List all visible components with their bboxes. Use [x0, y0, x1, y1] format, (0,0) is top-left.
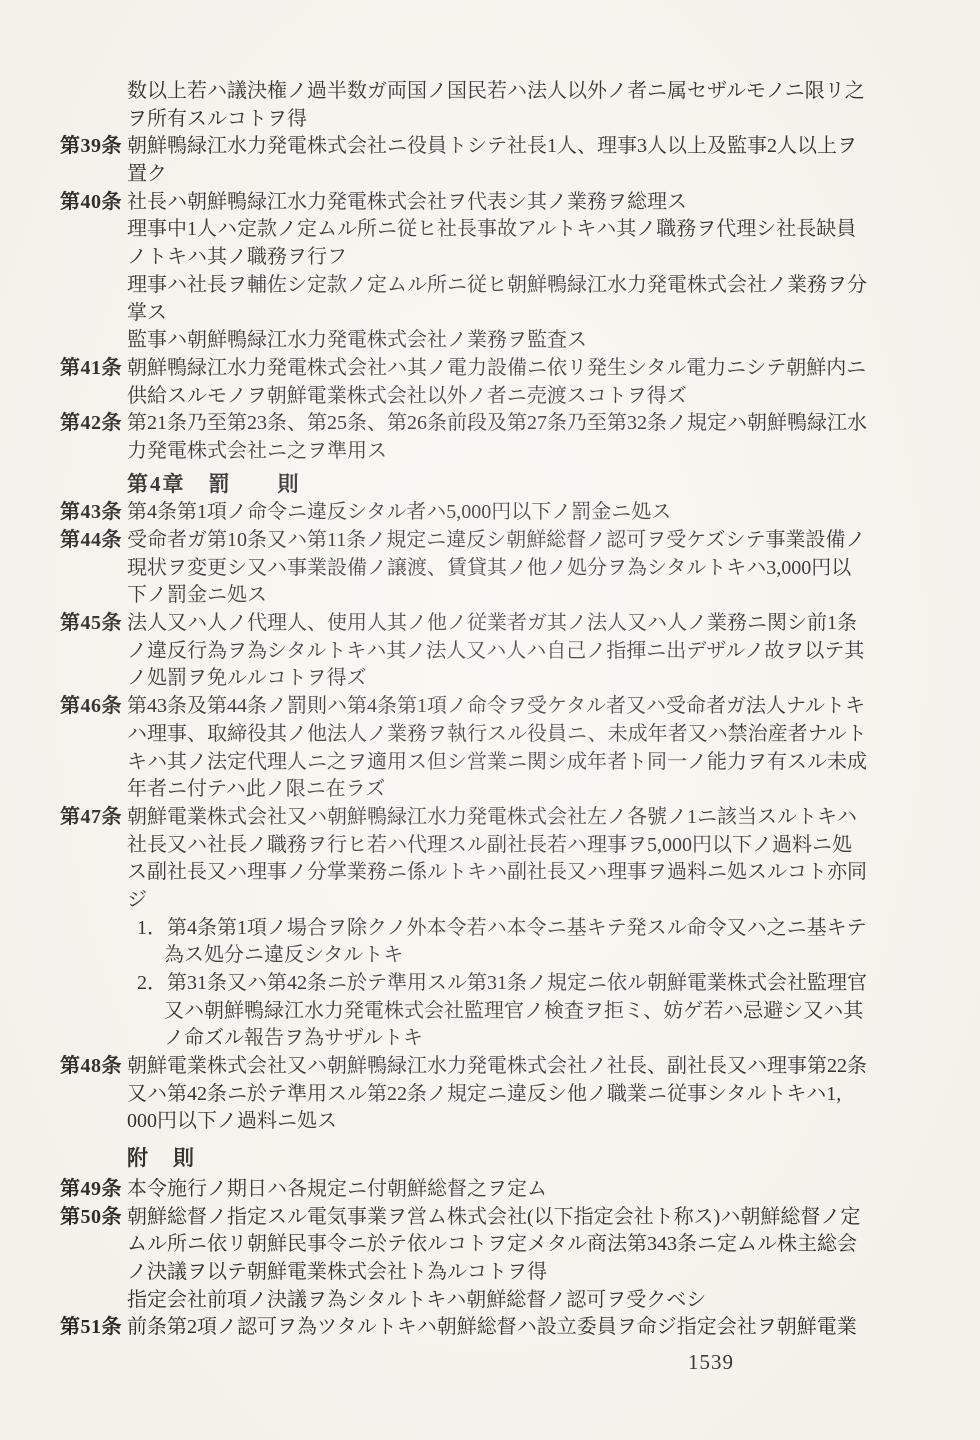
line-text: 供給スルモノヲ朝鮮電業株式会社以外ノ者ニ売渡スコトヲ得ズ: [127, 385, 687, 407]
line-text: キハ其ノ法定代理人ニ之ヲ適用ス但シ営業ニ関シ成年者ト同一ノ能力ヲ有スル未成: [127, 751, 867, 773]
text-line: ス副社長又ハ理事ノ分掌業務ニ係ルトキハ副社長又ハ理事ヲ過料ニ処スルコト亦同: [0, 859, 980, 887]
line-text: 第4条第1項ノ命令ニ違反シタル者ハ5,000円以下ノ罰金ニ処ス: [127, 501, 671, 523]
document-lines: 数以上若ハ議決権ノ過半数ガ両国ノ国民若ハ法人以外ノ者ニ属セザルモノニ限リ之ヲ所有…: [0, 78, 980, 1342]
article-number: 第46条: [60, 693, 122, 721]
line-text: 理事ハ社長ヲ輔佐シ定款ノ定ムル所ニ従ヒ朝鮮鴨緑江水力発電株式会社ノ業務ヲ分: [127, 274, 867, 296]
article-row: 第47条朝鮮電業株式会社又ハ朝鮮鴨緑江水力発電株式会社左ノ各號ノ1ニ該当スルトキ…: [0, 804, 980, 832]
line-text: 朝鮮鴨緑江水力発電株式会社ニ役員トシテ社長1人、理事3人以上及監事2人以上ヲ: [127, 135, 857, 157]
line-text: 000円以下ノ過料ニ処ス: [127, 1110, 337, 1132]
line-text: 第43条及第44条ノ罰則ハ第4条第1項ノ命令ヲ受ケタル者又ハ受命者ガ法人ナルトキ: [127, 695, 865, 717]
line-text: ノ命ズル報告ヲ為サザルトキ: [164, 1027, 423, 1049]
line-text: 朝鮮総督ノ指定スル電気事業ヲ営ム株式会社(以下指定会社ト称ス)ハ朝鮮総督ノ定: [127, 1206, 860, 1228]
line-text: 受命者ガ第10条又ハ第11条ノ規定ニ違反シ朝鮮総督ノ認可ヲ受ケズシテ事業設備ノ: [127, 529, 865, 551]
text-line: 理事ハ社長ヲ輔佐シ定款ノ定ムル所ニ従ヒ朝鮮鴨緑江水力発電株式会社ノ業務ヲ分: [0, 272, 980, 300]
text-line: 年者ニ付テハ此ノ限ニ在ラズ: [0, 776, 980, 804]
line-text: 第4章 罰 則: [127, 472, 301, 496]
article-row: 第51条前条第2項ノ認可ヲ為ツタルトキハ朝鮮総督ハ設立委員ヲ命ジ指定会社ヲ朝鮮電…: [0, 1314, 980, 1342]
article-number: 第42条: [60, 410, 122, 438]
line-text: 本令施行ノ期日ハ各規定ニ付朝鮮総督之ヲ定ム: [127, 1178, 547, 1200]
line-text: 附 則: [127, 1146, 196, 1170]
article-row: 第49条本令施行ノ期日ハ各規定ニ付朝鮮総督之ヲ定ム: [0, 1176, 980, 1204]
text-line: ハ理事、取締役其ノ他法人ノ業務ヲ執行スル役員ニ、未成年者又ハ禁治産者ナルト: [0, 721, 980, 749]
article-number: 第44条: [60, 527, 122, 555]
article-row: 第42条第21条乃至第23条、第25条、第26条前段及第27条乃至第32条ノ規定…: [0, 410, 980, 438]
text-line: 為ス処分ニ違反シタルトキ: [0, 942, 980, 970]
line-text: 朝鮮電業株式会社又ハ朝鮮鴨緑江水力発電株式会社ノ社長、副社長又ハ理事第22条: [127, 1055, 867, 1077]
line-text: ノ決議ヲ以テ朝鮮電業株式会社ト為ルコトヲ得: [127, 1261, 547, 1283]
text-line: ノ処罰ヲ免ルルコトヲ得ズ: [0, 665, 980, 693]
line-text: 朝鮮電業株式会社又ハ朝鮮鴨緑江水力発電株式会社左ノ各號ノ1ニ該当スルトキハ: [127, 806, 857, 828]
page-number: 1539: [688, 1350, 734, 1375]
line-text: 下ノ罰金ニ処ス: [127, 584, 267, 606]
line-text: 法人又ハ人ノ代理人、使用人其ノ他ノ従業者ガ其ノ法人又ハ人ノ業務ニ関シ前1条: [127, 612, 857, 634]
article-row: 第48条朝鮮電業株式会社又ハ朝鮮鴨緑江水力発電株式会社ノ社長、副社長又ハ理事第2…: [0, 1053, 980, 1081]
section-heading: 附 則: [0, 1145, 980, 1173]
text-line: 置ク: [0, 161, 980, 189]
article-row: 第43条第4条第1項ノ命令ニ違反シタル者ハ5,000円以下ノ罰金ニ処ス: [0, 499, 980, 527]
text-line: 供給スルモノヲ朝鮮電業株式会社以外ノ者ニ売渡スコトヲ得ズ: [0, 383, 980, 411]
line-text: ス副社長又ハ理事ノ分掌業務ニ係ルトキハ副社長又ハ理事ヲ過料ニ処スルコト亦同: [127, 861, 867, 883]
text-line: ヲ所有スルコトヲ得: [0, 106, 980, 134]
text-line: 掌ス: [0, 300, 980, 328]
line-text: 第21条乃至第23条、第25条、第26条前段及第27条乃至第32条ノ規定ハ朝鮮鴨…: [127, 412, 867, 434]
line-text: ノトキハ其ノ職務ヲ行フ: [127, 246, 347, 268]
line-text: ジ: [127, 889, 147, 911]
article-row: 第41条朝鮮鴨緑江水力発電株式会社ハ其ノ電力設備ニ依リ発生シタル電力ニシテ朝鮮内…: [0, 355, 980, 383]
text-line: ジ: [0, 887, 980, 915]
article-number: 第50条: [60, 1204, 122, 1232]
text-line: 1．第4条第1項ノ場合ヲ除クノ外本令若ハ本令ニ基キテ発スル命令又ハ之ニ基キテ: [0, 915, 980, 943]
line-text: ノ処罰ヲ免ルルコトヲ得ズ: [127, 667, 367, 689]
text-line: 数以上若ハ議決権ノ過半数ガ両国ノ国民若ハ法人以外ノ者ニ属セザルモノニ限リ之: [0, 78, 980, 106]
text-line: 下ノ罰金ニ処ス: [0, 582, 980, 610]
text-line: 又ハ第42条ニ於テ準用スル第22条ノ規定ニ違反シ他ノ職業ニ従事シタルトキハ1,: [0, 1081, 980, 1109]
scanned-law-page: 数以上若ハ議決権ノ過半数ガ両国ノ国民若ハ法人以外ノ者ニ属セザルモノニ限リ之ヲ所有…: [0, 0, 980, 1440]
article-row: 第50条朝鮮総督ノ指定スル電気事業ヲ営ム株式会社(以下指定会社ト称ス)ハ朝鮮総督…: [0, 1204, 980, 1232]
line-text: 2．第31条又ハ第42条ニ於テ準用スル第31条ノ規定ニ依ル朝鮮電業株式会社監理官: [137, 972, 867, 994]
line-text: 朝鮮鴨緑江水力発電株式会社ハ其ノ電力設備ニ依リ発生シタル電力ニシテ朝鮮内ニ: [127, 357, 866, 379]
text-line: ノ命ズル報告ヲ為サザルトキ: [0, 1025, 980, 1053]
line-text: 又ハ朝鮮鴨緑江水力発電株式会社監理官ノ検査ヲ拒ミ、妨ゲ若ハ忌避シ又ハ其: [164, 1000, 863, 1022]
line-text: 掌ス: [127, 302, 167, 324]
article-number: 第41条: [60, 355, 122, 383]
text-line: ノ違反行為ヲ為シタルトキハ其ノ法人又ハ人ハ自己ノ指揮ニ出デザルノ故ヲ以テ其: [0, 638, 980, 666]
line-text: 社長又ハ社長ノ職務ヲ行ヒ若ハ代理スル副社長若ハ理事ヲ5,000円以下ノ過料ニ処: [127, 834, 852, 856]
article-number: 第39条: [60, 133, 122, 161]
article-row: 第45条法人又ハ人ノ代理人、使用人其ノ他ノ従業者ガ其ノ法人又ハ人ノ業務ニ関シ前1…: [0, 610, 980, 638]
article-row: 第46条第43条及第44条ノ罰則ハ第4条第1項ノ命令ヲ受ケタル者又ハ受命者ガ法人…: [0, 693, 980, 721]
line-text: 数以上若ハ議決権ノ過半数ガ両国ノ国民若ハ法人以外ノ者ニ属セザルモノニ限リ之: [127, 80, 865, 102]
text-line: ノ決議ヲ以テ朝鮮電業株式会社ト為ルコトヲ得: [0, 1259, 980, 1287]
line-text: ムル所ニ依リ朝鮮民事令ニ於テ依ルコトヲ定メタル商法第343条ニ定ムル株主総会: [127, 1233, 857, 1255]
text-line: ノトキハ其ノ職務ヲ行フ: [0, 244, 980, 272]
line-text: ノ違反行為ヲ為シタルトキハ其ノ法人又ハ人ハ自己ノ指揮ニ出デザルノ故ヲ以テ其: [127, 640, 864, 662]
line-text: 理事中1人ハ定款ノ定ムル所ニ従ヒ社長事故アルトキハ其ノ職務ヲ代理シ社長缺員: [127, 218, 856, 240]
article-number: 第40条: [60, 189, 122, 217]
line-text: ハ理事、取締役其ノ他法人ノ業務ヲ執行スル役員ニ、未成年者又ハ禁治産者ナルト: [127, 723, 867, 745]
article-row: 第40条社長ハ朝鮮鴨緑江水力発電株式会社ヲ代表シ其ノ業務ヲ総理ス: [0, 189, 980, 217]
article-number: 第43条: [60, 499, 122, 527]
line-text: 前条第2項ノ認可ヲ為ツタルトキハ朝鮮総督ハ設立委員ヲ命ジ指定会社ヲ朝鮮電業: [127, 1316, 857, 1338]
line-text: 監事ハ朝鮮鴨緑江水力発電株式会社ノ業務ヲ監査ス: [127, 329, 587, 351]
text-line: 社長又ハ社長ノ職務ヲ行ヒ若ハ代理スル副社長若ハ理事ヲ5,000円以下ノ過料ニ処: [0, 832, 980, 860]
line-text: 社長ハ朝鮮鴨緑江水力発電株式会社ヲ代表シ其ノ業務ヲ総理ス: [127, 191, 687, 213]
text-line: 指定会社前項ノ決議ヲ為シタルトキハ朝鮮総督ノ認可ヲ受クベシ: [0, 1287, 980, 1315]
text-line: 2．第31条又ハ第42条ニ於テ準用スル第31条ノ規定ニ依ル朝鮮電業株式会社監理官: [0, 970, 980, 998]
line-text: 1．第4条第1項ノ場合ヲ除クノ外本令若ハ本令ニ基キテ発スル命令又ハ之ニ基キテ: [137, 917, 867, 939]
line-text: 為ス処分ニ違反シタルトキ: [164, 944, 403, 966]
line-text: 現状ヲ変更シ又ハ事業設備ノ譲渡、賃貸其ノ他ノ処分ヲ為シタルトキハ3,000円以: [127, 557, 851, 579]
text-line: 又ハ朝鮮鴨緑江水力発電株式会社監理官ノ検査ヲ拒ミ、妨ゲ若ハ忌避シ又ハ其: [0, 998, 980, 1026]
line-text: 年者ニ付テハ此ノ限ニ在ラズ: [127, 778, 385, 800]
text-line: 理事中1人ハ定款ノ定ムル所ニ従ヒ社長事故アルトキハ其ノ職務ヲ代理シ社長缺員: [0, 216, 980, 244]
article-row: 第39条朝鮮鴨緑江水力発電株式会社ニ役員トシテ社長1人、理事3人以上及監事2人以…: [0, 133, 980, 161]
article-number: 第45条: [60, 610, 122, 638]
text-line: 力発電株式会社ニ之ヲ準用ス: [0, 438, 980, 466]
line-text: 指定会社前項ノ決議ヲ為シタルトキハ朝鮮総督ノ認可ヲ受クベシ: [127, 1289, 706, 1311]
article-number: 第48条: [60, 1053, 122, 1081]
line-text: 力発電株式会社ニ之ヲ準用ス: [127, 440, 387, 462]
text-line: 監事ハ朝鮮鴨緑江水力発電株式会社ノ業務ヲ監査ス: [0, 327, 980, 355]
article-number: 第51条: [60, 1314, 122, 1342]
text-line: 000円以下ノ過料ニ処ス: [0, 1108, 980, 1136]
chapter-heading: 第4章 罰 則: [0, 471, 980, 499]
line-text: 置ク: [127, 163, 167, 185]
article-row: 第44条受命者ガ第10条又ハ第11条ノ規定ニ違反シ朝鮮総督ノ認可ヲ受ケズシテ事業…: [0, 527, 980, 555]
text-line: ムル所ニ依リ朝鮮民事令ニ於テ依ルコトヲ定メタル商法第343条ニ定ムル株主総会: [0, 1231, 980, 1259]
line-text: 又ハ第42条ニ於テ準用スル第22条ノ規定ニ違反シ他ノ職業ニ従事シタルトキハ1,: [127, 1083, 841, 1105]
article-number: 第49条: [60, 1176, 122, 1204]
text-line: キハ其ノ法定代理人ニ之ヲ適用ス但シ営業ニ関シ成年者ト同一ノ能力ヲ有スル未成: [0, 749, 980, 777]
text-line: 現状ヲ変更シ又ハ事業設備ノ譲渡、賃貸其ノ他ノ処分ヲ為シタルトキハ3,000円以: [0, 555, 980, 583]
article-number: 第47条: [60, 804, 122, 832]
line-text: ヲ所有スルコトヲ得: [127, 108, 307, 130]
